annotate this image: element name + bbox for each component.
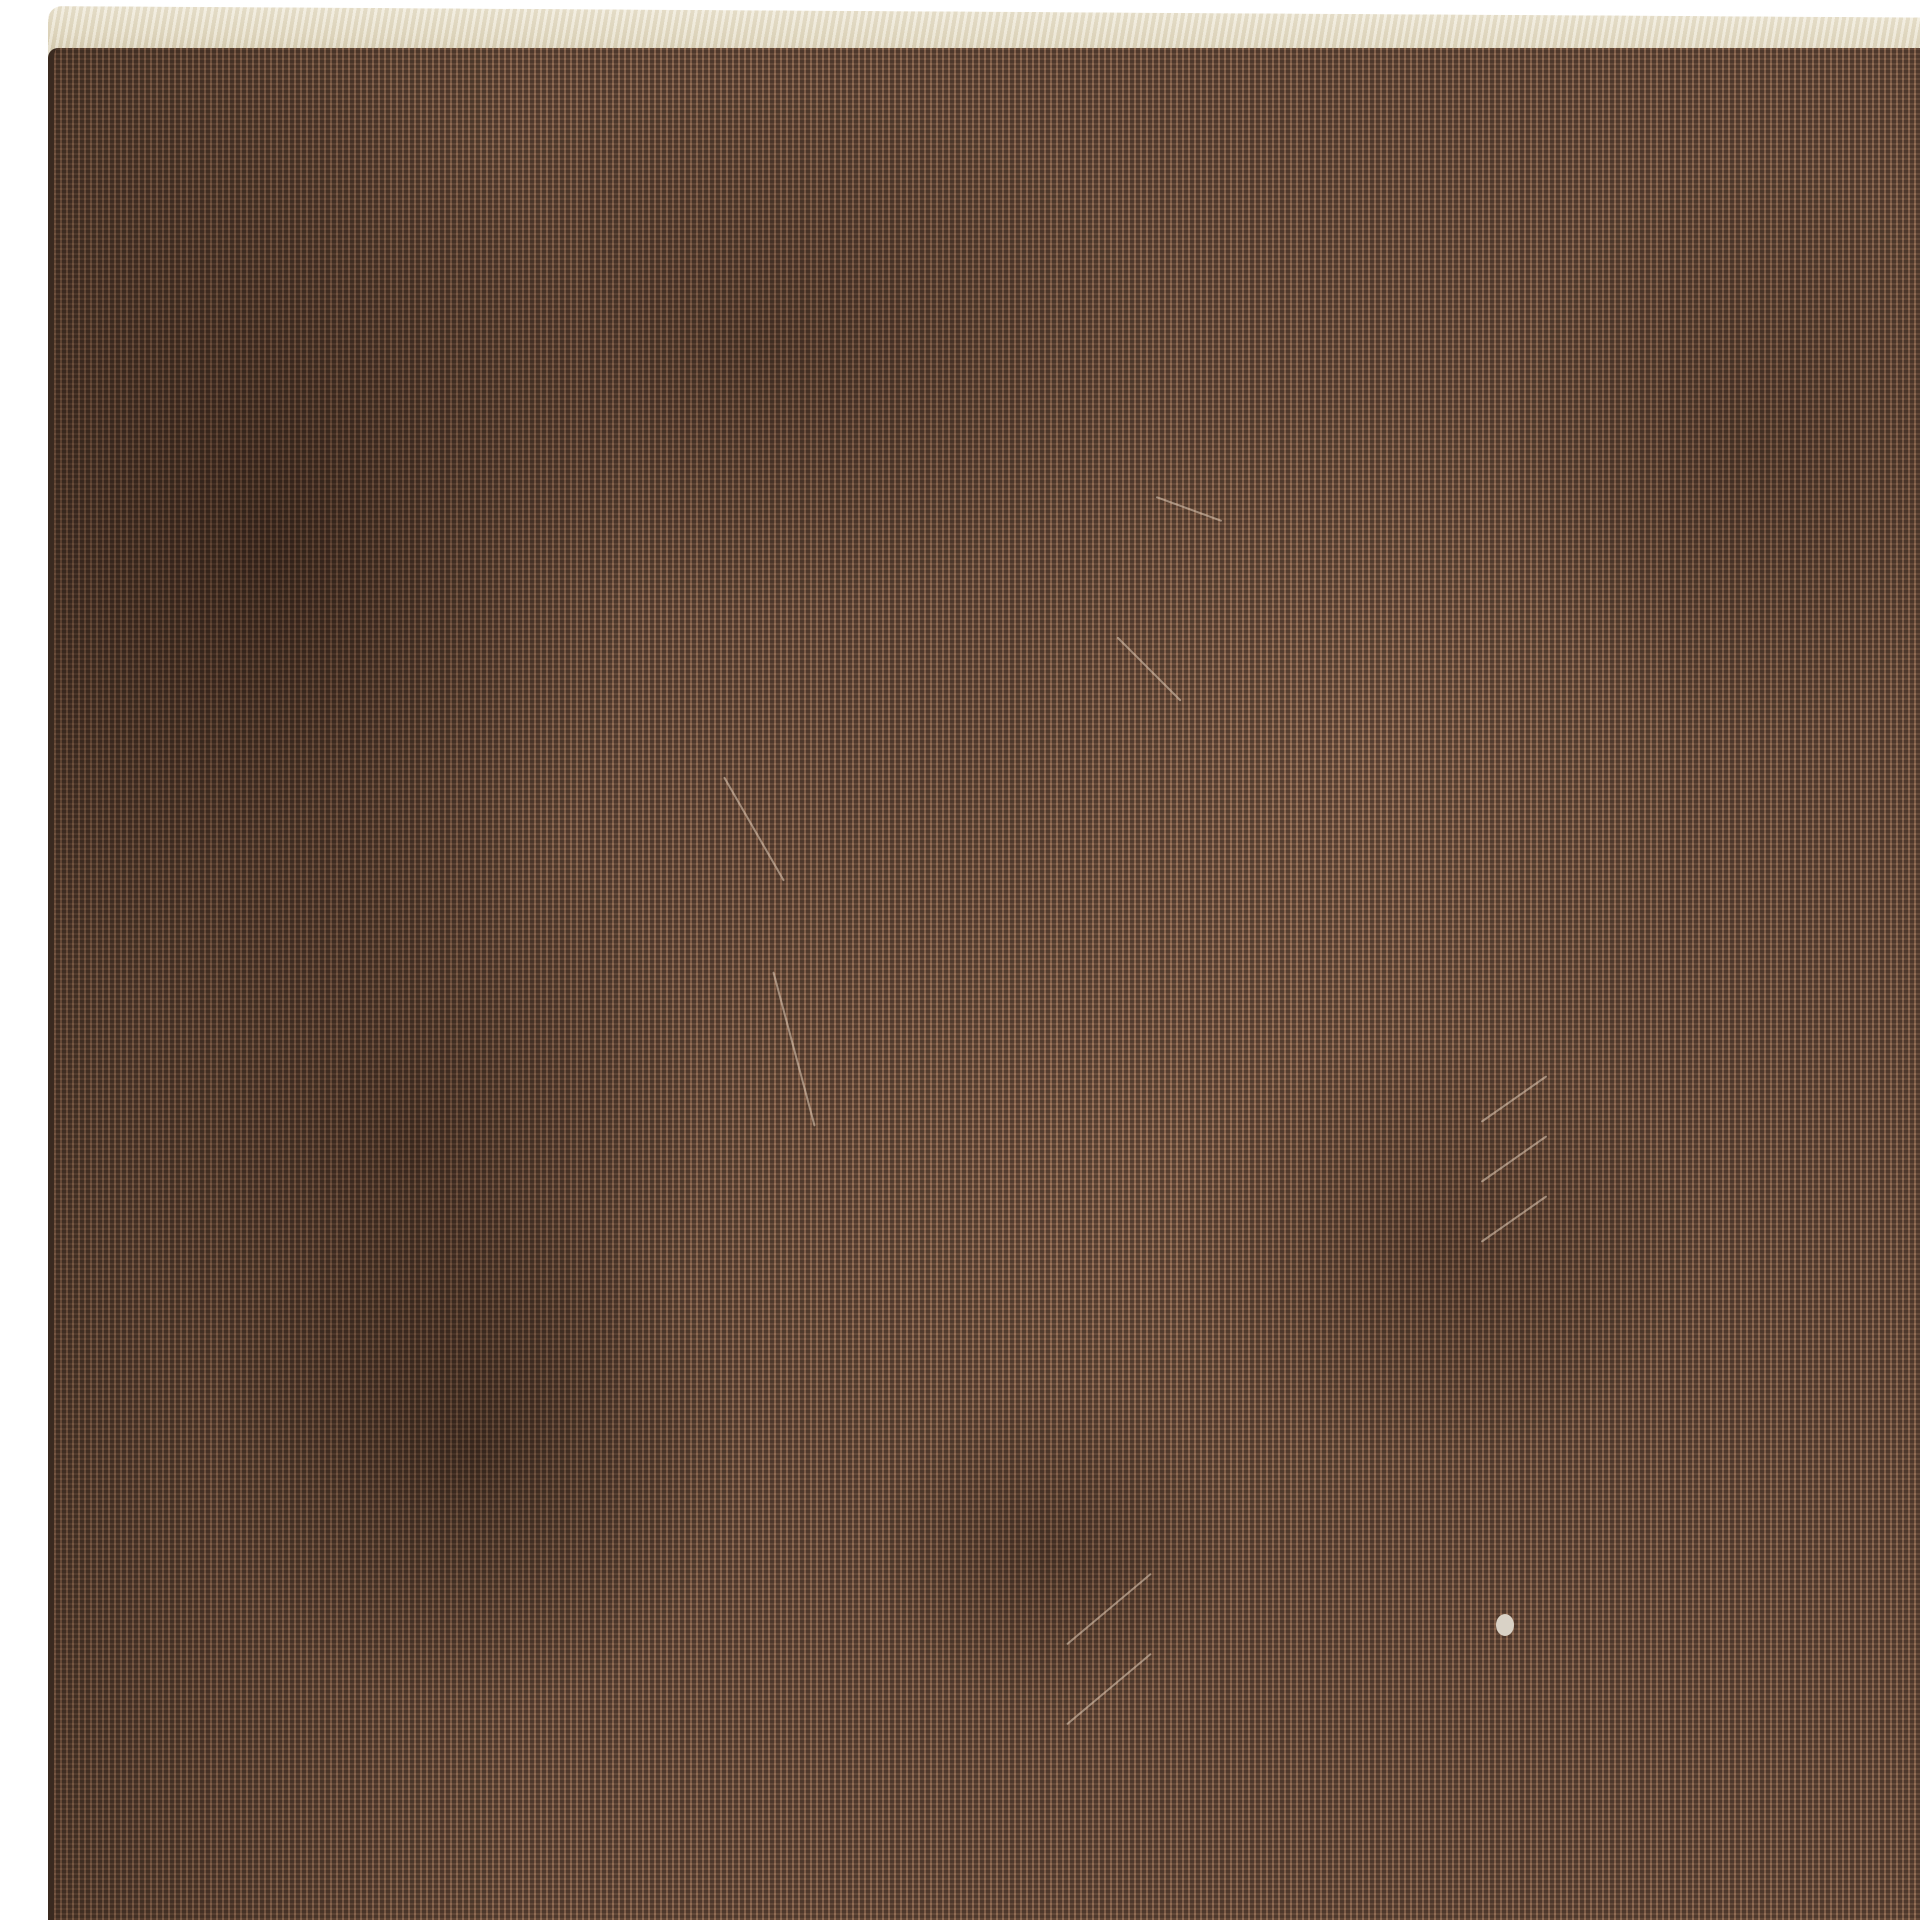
rug-knot-texture [54,48,1920,1920]
photo-scene [0,0,1920,1920]
worn-spot [1496,1614,1514,1636]
rug [48,48,1920,1920]
